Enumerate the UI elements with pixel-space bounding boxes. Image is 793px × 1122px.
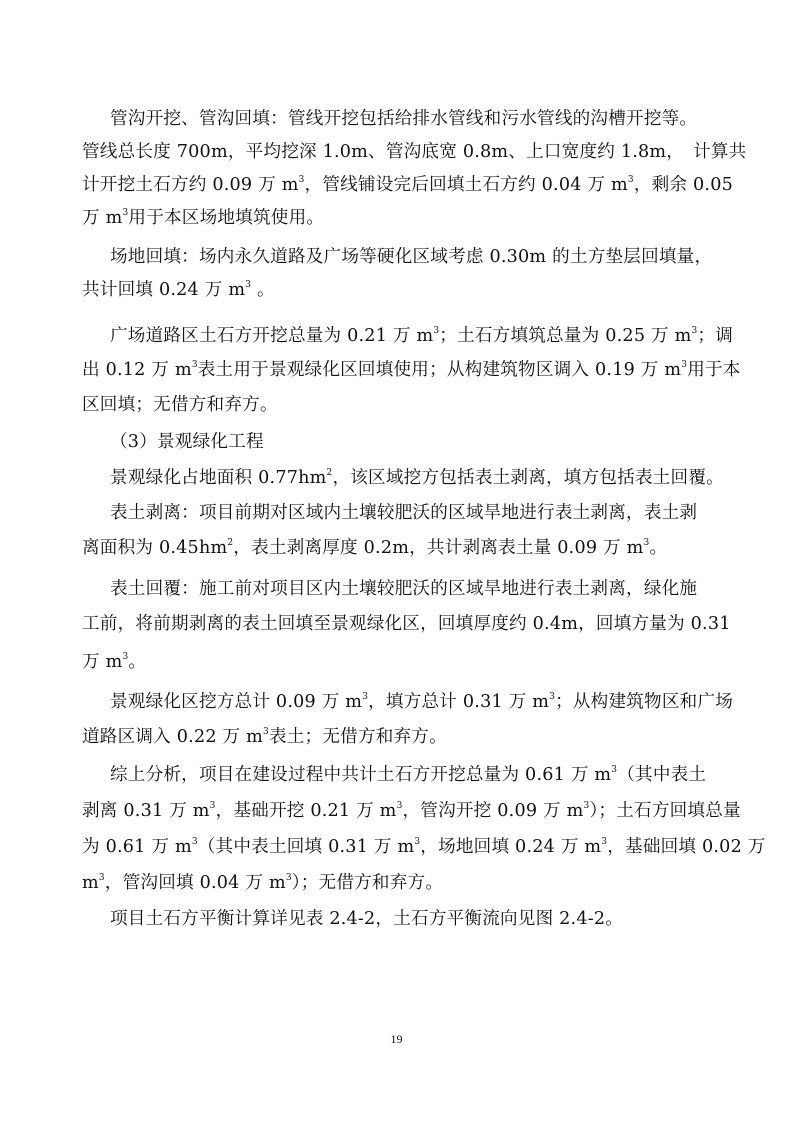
text-line: 共计回填 0.24 万 m3 。 — [82, 278, 275, 302]
text-line: 为 0.61 万 m3（其中表土回填 0.31 万 m3，场地回填 0.24 万… — [82, 835, 766, 859]
text-line: 剥离 0.31 万 m3，基础开挖 0.21 万 m3，管沟开挖 0.09 万 … — [82, 799, 741, 823]
text-line: 综上分析，项目在建设过程中共计土石方开挖总量为 0.61 万 m3（其中表土 — [110, 763, 706, 787]
text-line: 景观绿化区挖方总计 0.09 万 m3，填方总计 0.31 万 m3；从构建筑物… — [110, 690, 733, 714]
text-line: 万 m3用于本区场地填筑使用。 — [82, 206, 324, 230]
text-line: 出 0.12 万 m3表土用于景观绿化区回填使用；从构建筑物区调入 0.19 万… — [82, 358, 741, 382]
text-line: 道路区调入 0.22 万 m3表土；无借方和弃方。 — [82, 725, 447, 749]
text-line: 离面积为 0.45hm2，表土剥离厚度 0.2m，共计剥离表土量 0.09 万 … — [82, 536, 667, 560]
text-line: m3，管沟回填 0.04 万 m3）；无借方和弃方。 — [82, 871, 443, 895]
text-line: 工前，将前期剥离的表土回填至景观绿化区，回填厚度约 0.4m，回填方量为 0.3… — [82, 612, 731, 636]
text-line: 景观绿化占地面积 0.77hm2，该区域挖方包括表土剥离，填方包括表土回覆。 — [110, 466, 724, 490]
text-line: 项目土石方平衡计算详见表 2.4-2，土石方平衡流向见图 2.4-2。 — [110, 907, 623, 931]
document-page: 管沟开挖、管沟回填：管线开挖包括给排水管线和污水管线的沟槽开挖等。管线总长度 7… — [0, 0, 793, 1122]
text-line: 广场道路区土石方开挖总量为 0.21 万 m3；土石方填筑总量为 0.25 万 … — [110, 324, 733, 348]
text-line: （3）景观绿化工程 — [110, 430, 264, 454]
text-line: 区回填；无借方和弃方。 — [82, 393, 278, 417]
text-line: 场地回填：场内永久道路及广场等硬化区域考虑 0.30m 的土方垫层回填量， — [110, 245, 712, 269]
text-line: 计开挖土石方约 0.09 万 m3，管线铺设完后回填土石方约 0.04 万 m3… — [82, 173, 733, 197]
text-line: 管沟开挖、管沟回填：管线开挖包括给排水管线和污水管线的沟槽开挖等。 — [110, 107, 697, 131]
text-line: 万 m3。 — [82, 650, 146, 674]
page-number: 19 — [0, 1032, 793, 1047]
text-line: 管线总长度 700m，平均挖深 1.0m、管沟底宽 0.8m、上口宽度约 1.8… — [82, 140, 746, 164]
text-line: 表土剥离：项目前期对区域内土壤较肥沃的区域旱地进行表土剥离，表土剥 — [110, 501, 697, 525]
text-line: 表土回覆：施工前对项目区内土壤较肥沃的区域旱地进行表土剥离，绿化施 — [110, 577, 697, 601]
